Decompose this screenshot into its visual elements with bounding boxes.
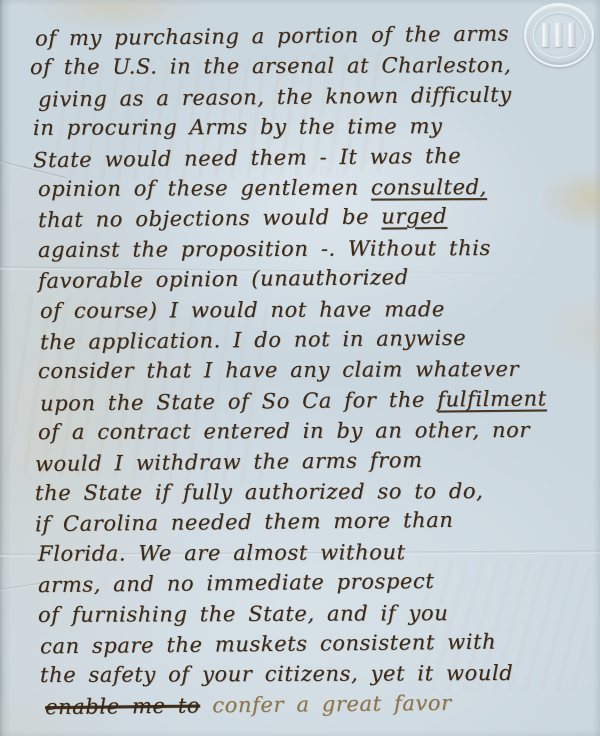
handwriting-text <box>200 693 213 717</box>
handwriting-line: of my purchasing a portion of the arms <box>35 22 509 51</box>
handwriting-line: that no objections would be urged <box>38 204 447 232</box>
handwriting-text: the State if fully authorized so to do, <box>35 479 484 505</box>
handwriting-text: of furnishing the State, and if you <box>38 601 448 627</box>
letter-body: of my purchasing a portion of the armsof… <box>0 0 600 736</box>
handwriting-text: the safety of your citizens, yet it woul… <box>40 661 513 687</box>
handwriting-line: of furnishing the State, and if you <box>38 601 448 627</box>
handwriting-text: consider that I have any claim whatever <box>38 357 519 383</box>
handwriting-line: State would need them - It was the <box>33 144 461 172</box>
handwriting-text: against the proposition -. Without this <box>38 236 491 262</box>
handwriting-text: can spare the muskets consistent with <box>40 630 496 659</box>
handwriting-line: enable me to confer a great favor <box>45 691 452 719</box>
handwriting-line: can spare the muskets consistent with <box>40 630 496 659</box>
handwriting-line: favorable opinion (unauthorized <box>38 265 409 293</box>
struck-text: enable me to <box>45 694 200 720</box>
handwriting-line: arms, and no immediate prospect <box>38 569 435 597</box>
handwriting-text: of my purchasing a portion of the arms <box>35 22 509 51</box>
handwriting-line: if Carolina needed them more than <box>35 508 454 536</box>
underlined-text: fulfilment <box>437 386 547 411</box>
handwriting-text: in procuring Arms by the time my <box>33 114 443 140</box>
handwriting-line: the safety of your citizens, yet it woul… <box>40 661 513 687</box>
handwriting-text: arms, and no immediate prospect <box>38 569 435 597</box>
handwriting-line: of the U.S. in the arsenal at Charleston… <box>30 53 511 79</box>
handwriting-line: in procuring Arms by the time my <box>33 114 443 140</box>
handwriting-line: upon the State of So Ca for the fulfilme… <box>40 386 547 415</box>
handwriting-text: State would need them - It was the <box>33 144 461 172</box>
handwriting-text: of course) I would not have made <box>40 297 445 323</box>
handwriting-text: opinion of these gentlemen <box>38 176 371 201</box>
underlined-text: urged <box>381 204 447 229</box>
handwriting-text: of a contract entered in by an other, no… <box>38 418 530 444</box>
handwriting-text: the application. I do not in anywise <box>40 326 466 354</box>
handwriting-line: of course) I would not have made <box>40 297 445 323</box>
handwriting-line: Florida. We are almost without <box>38 540 406 566</box>
handwriting-line: the State if fully authorized so to do, <box>35 479 484 505</box>
handwriting-line: consider that I have any claim whatever <box>38 357 519 383</box>
handwriting-line: of a contract entered in by an other, no… <box>38 418 530 444</box>
handwriting-line: opinion of these gentlemen consulted, <box>38 175 487 201</box>
handwriting-text: favorable opinion (unauthorized <box>38 265 409 293</box>
handwriting-line: the application. I do not in anywise <box>40 326 466 354</box>
underlined-text: consulted, <box>371 175 487 200</box>
handwriting-text: if Carolina needed them more than <box>35 508 454 536</box>
handwriting-text: giving as a reason, the known difficulty <box>38 83 512 112</box>
handwriting-line: against the proposition -. Without this <box>38 236 491 262</box>
handwriting-text: that no objections would be <box>38 205 382 233</box>
handwriting-text: would I withdraw the arms from <box>35 448 423 476</box>
handwriting-line: would I withdraw the arms from <box>35 448 423 476</box>
letter-scan-page: of my purchasing a portion of the armsof… <box>0 0 600 736</box>
faded-text: confer a great favor <box>212 691 452 718</box>
handwriting-text: upon the State of So Ca for the <box>40 387 437 415</box>
handwriting-text: of the U.S. in the arsenal at Charleston… <box>30 53 511 79</box>
handwriting-line: giving as a reason, the known difficulty <box>38 83 512 112</box>
handwriting-text: Florida. We are almost without <box>38 540 406 566</box>
